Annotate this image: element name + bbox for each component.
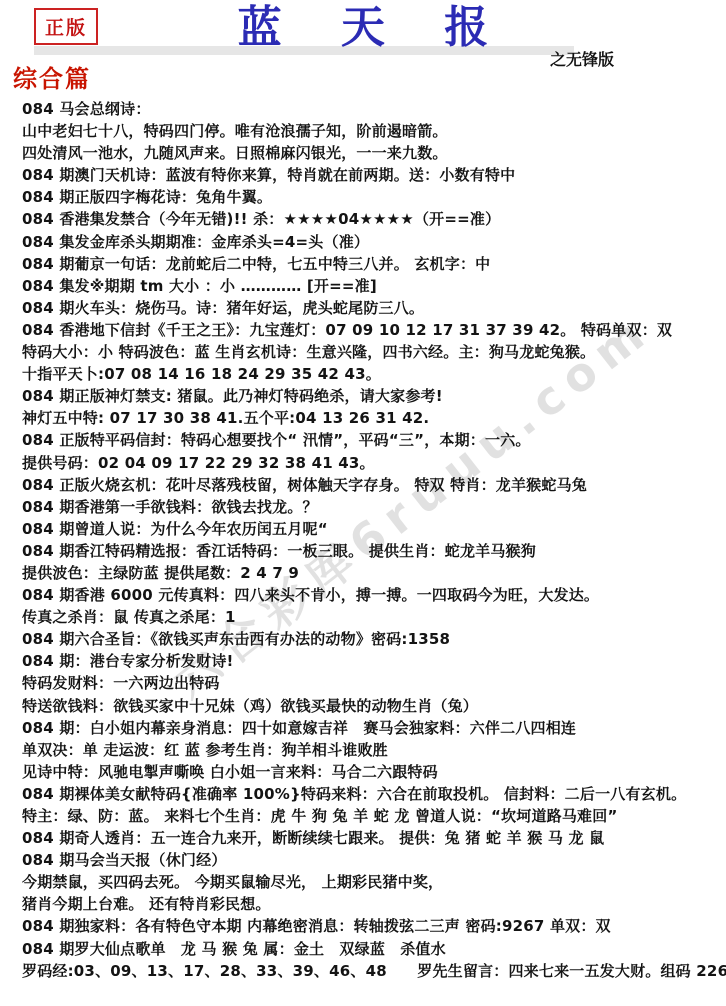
edition-label: 之无锋版	[550, 47, 614, 70]
text-line: 084 集发金库杀头期期准：金库杀头=4=头（准）	[22, 231, 722, 253]
text-line: 特送欲钱料：欲钱买家中十兄妹（鸡）欲钱买最快的动物生肖（兔）	[22, 695, 722, 717]
text-line: 084 正版火烧玄机：花叶尽落残枝留，树体触天字存身。 特双 特肖：龙羊猴蛇马兔	[22, 474, 722, 496]
text-line: 见诗中特：风驰电掣声嘶唤 白小姐一言来料：马合二六跟特码	[22, 761, 722, 783]
text-line: 传真之杀肖：鼠 传真之杀尾：1	[22, 606, 722, 628]
text-line: 084 期澳门天机诗：蓝波有特你来算，特肖就在前两期。送：小数有特中	[22, 164, 722, 186]
text-line: 084 期香港 6000 元传真料：四八来头不肯小，搏一搏。一四取码今为旺，大发…	[22, 584, 722, 606]
text-line: 084 香港集发禁合（今年无错)!! 杀：★★★★04★★★★（开==准）	[22, 208, 722, 230]
text-line: 084 期六合圣旨：《欲钱买声东击西有办法的动物》密码:1358	[22, 628, 722, 650]
text-line: 084 期葡京一句话：龙前蛇后二中特，七五中特三八并。 玄机字：中	[22, 253, 722, 275]
text-line: 四处清风一池水，九随风声来。日照棉麻闪银光，一一来九数。	[22, 142, 722, 164]
text-line: 084 香港地下信封《千王之王》：九宝莲灯：07 09 10 12 17 31 …	[22, 319, 722, 341]
text-line: 084 期正版四字梅花诗：兔角牛翼。	[22, 186, 722, 208]
text-line: 084 期马会当天报（休门经）	[22, 849, 722, 871]
text-line: 单双决：单 走运波：红 蓝 参考生肖：狗羊相斗谁败胜	[22, 739, 722, 761]
newspaper-page: 蓝 天 报 正版 之无锋版 综合篇 六合彩库6ruuu.com 084 马会总纲…	[0, 0, 726, 1006]
authentic-badge: 正版	[34, 8, 98, 45]
text-line: 084 期正版神灯禁支: 猪鼠。此乃神灯特码绝杀，请大家参考!	[22, 385, 722, 407]
text-line: 084 集发※期期 tm 大小 ：小 ………… [开==准]	[22, 275, 722, 297]
text-line: 084 期罗大仙点歌单 龙 马 猴 兔 属：金土 双绿蓝 杀值水	[22, 938, 722, 960]
text-line: 084 期香港第一手欲钱料：欲钱去找龙。？	[22, 496, 722, 518]
page-title: 蓝 天 报	[0, 0, 726, 56]
text-line: 084 正版特平码信封：特码心想要找个“ 汛情”，平码“三”，本期：一六。	[22, 429, 722, 451]
text-line: 084 期裸体美女献特码{准确率 100%}特码来料：六合在前取投机。 信封料：…	[22, 783, 722, 805]
text-line: 神灯五中特: 07 17 30 38 41.五个平:04 13 26 31 42…	[22, 407, 722, 429]
text-line: 提供号码：02 04 09 17 22 29 32 38 41 43。	[22, 452, 722, 474]
text-line: 特码大小：小 特码波色：蓝 生肖玄机诗：生意兴隆，四书六经。主：狗马龙蛇兔猴。	[22, 341, 722, 363]
text-line: 猪肖今期上台难。 还有特肖彩民想。	[22, 893, 722, 915]
text-line: 084 期香江特码精选报：香江话特码：一板三眼。 提供生肖：蛇龙羊马猴狗	[22, 540, 722, 562]
section-heading: 综合篇	[13, 59, 91, 94]
text-line: 罗码经:03、09、13、17、28、33、39、46、48 罗先生留言：四来七…	[22, 960, 722, 982]
text-line: 提供波色：主绿防蓝 提供尾数：2 4 7 9	[22, 562, 722, 584]
text-line: 特主：绿、防：蓝。 来料七个生肖：虎 牛 狗 兔 羊 蛇 龙 曾道人说：“坎坷道…	[22, 805, 722, 827]
text-line: 今期禁鼠，买四码去死。 今期买鼠输尽光， 上期彩民猪中奖，	[22, 871, 722, 893]
doc-lines: 084 马会总纲诗：山中老妇七十八，特码四门停。唯有沧浪孺子知，阶前遏暗箭。四处…	[22, 98, 722, 982]
text-line: 084 期奇人透肖：五一连合九来开，断断续续七跟来。 提供：兔 猪 蛇 羊 猴 …	[22, 827, 722, 849]
text-line: 山中老妇七十八，特码四门停。唯有沧浪孺子知，阶前遏暗箭。	[22, 120, 722, 142]
text-line: 084 期独家料：各有特色守本期 内幕绝密消息：转轴拨弦二三声 密码:9267 …	[22, 915, 722, 937]
text-line: 特码发财料：一六两边出特码	[22, 672, 722, 694]
text-line: 084 期火车头：烧伤马。诗：猪年好运，虎头蛇尾防三八。	[22, 297, 722, 319]
text-line: 084 期曾道人说：为什么今年农历闰五月呢“	[22, 518, 722, 540]
text-line: 十指平天卜:07 08 14 16 18 24 29 35 42 43。	[22, 363, 722, 385]
text-line: 084 期：港台专家分析发财诗!	[22, 650, 722, 672]
text-line: 084 期：白小姐内幕亲身消息：四十如意嫁吉祥 赛马会独家料：六伴二八四相连	[22, 717, 722, 739]
text-line: 084 马会总纲诗：	[22, 98, 722, 120]
